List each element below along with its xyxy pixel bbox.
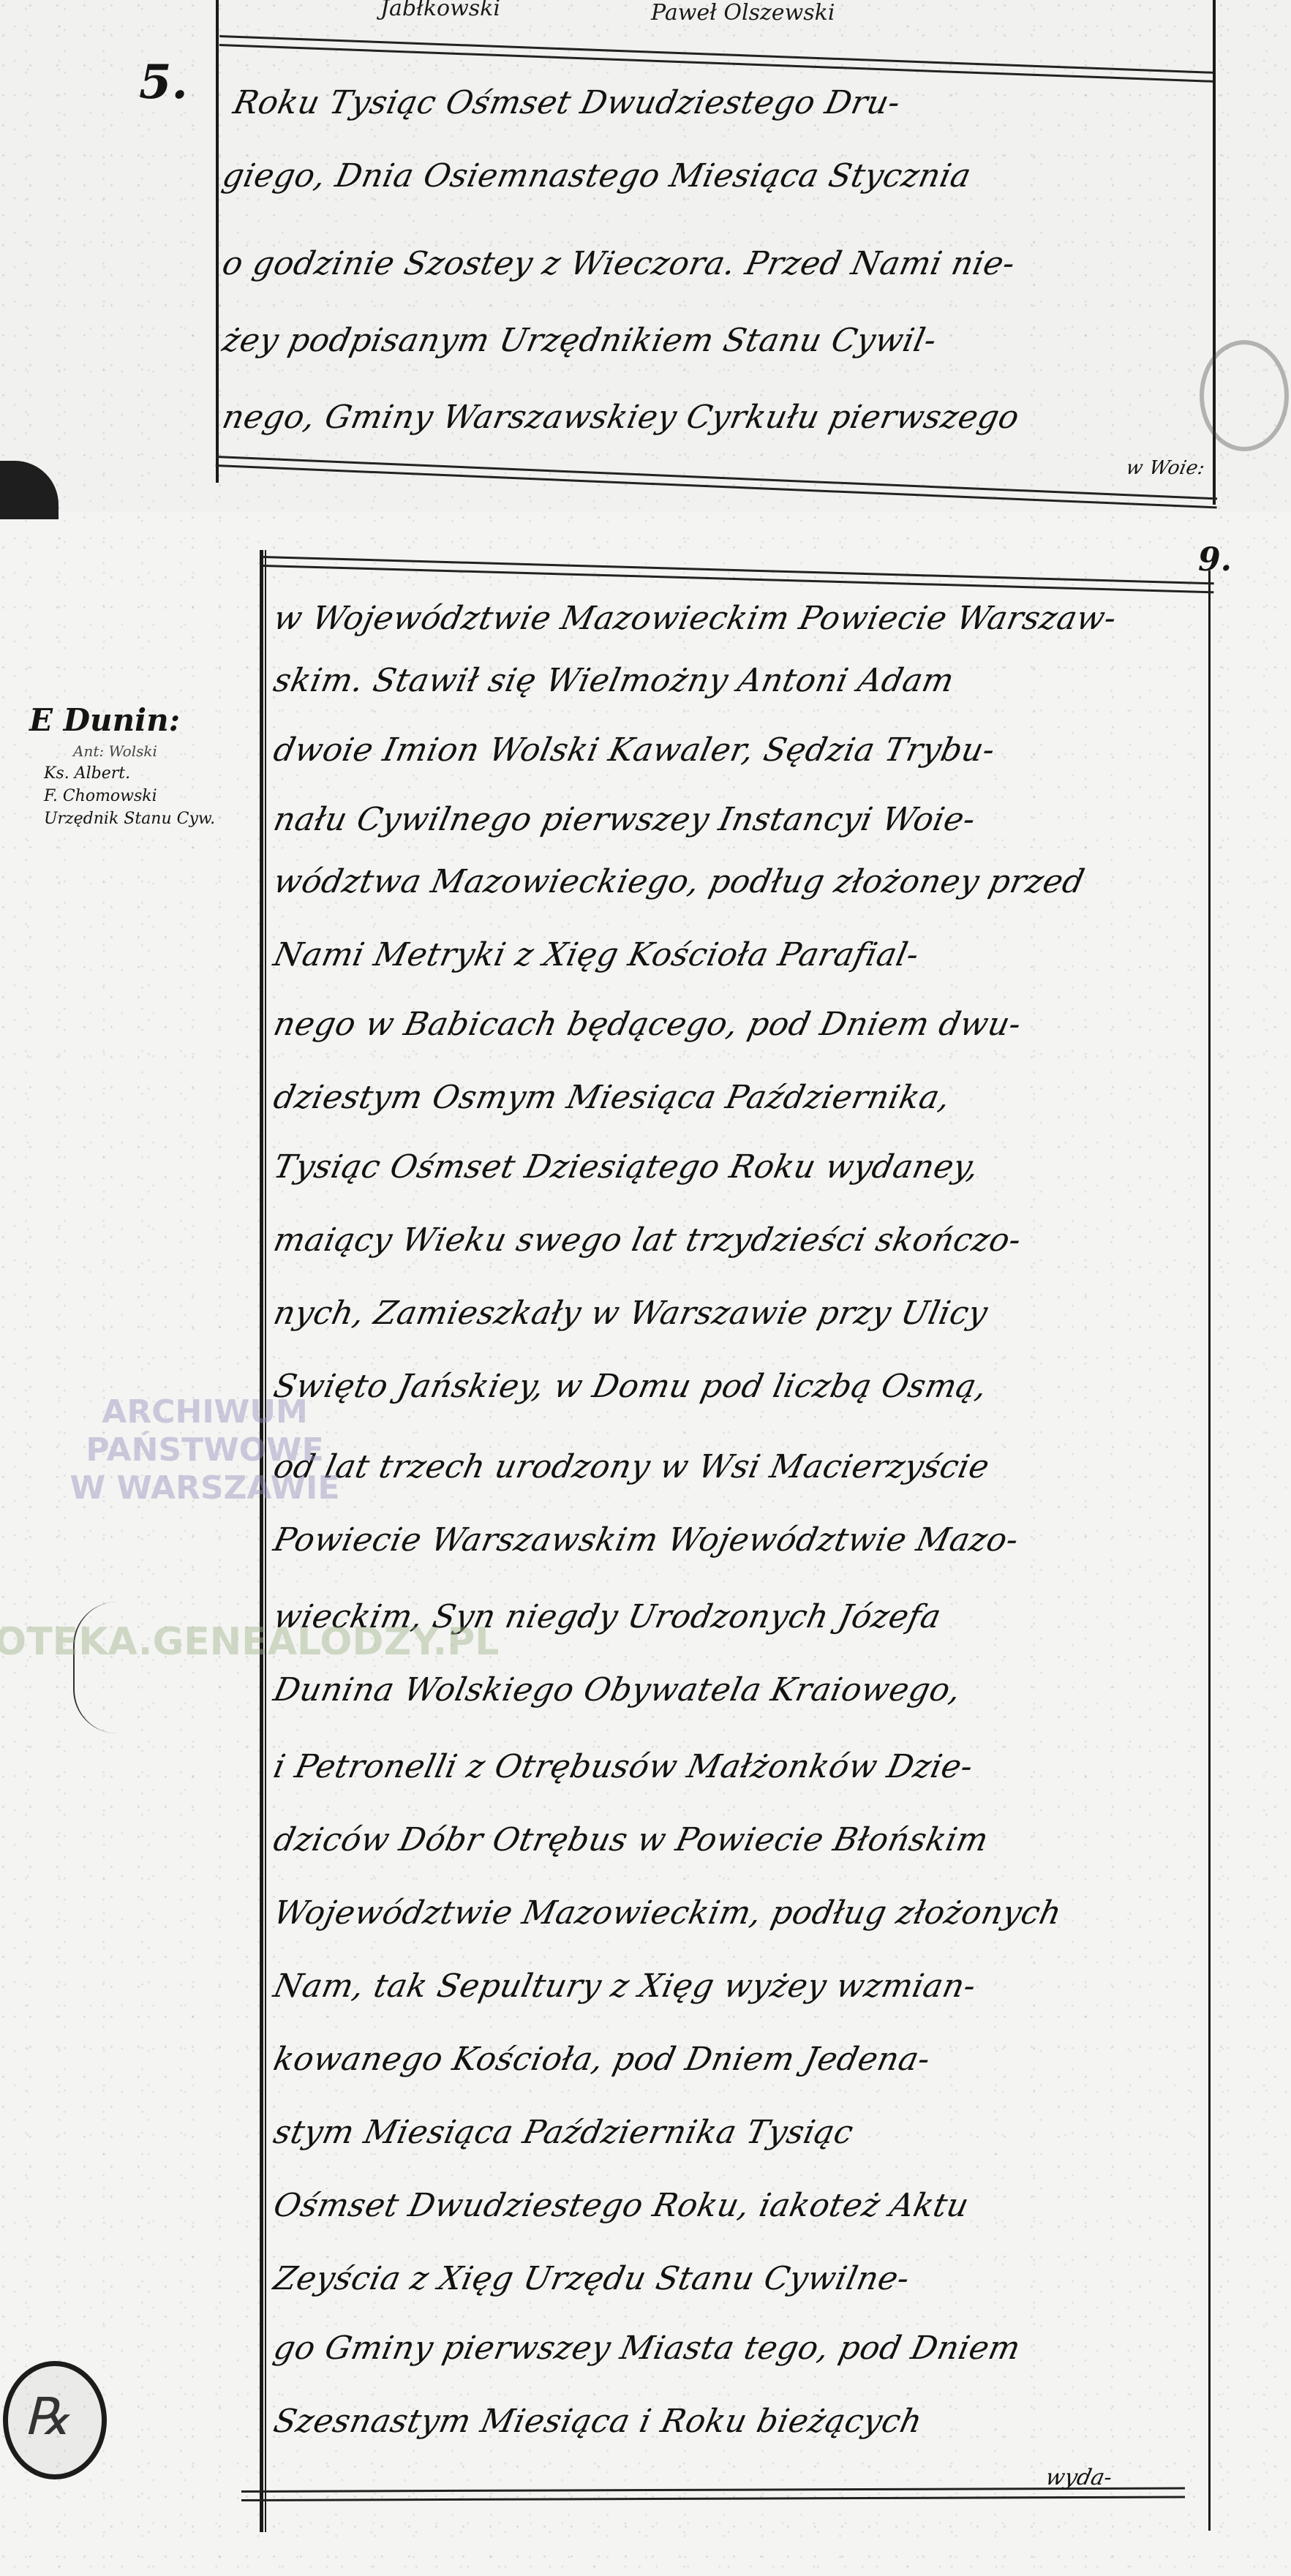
top-line-3: o godzinie Szostey z Wieczora. Przed Nam… [219, 245, 1019, 282]
seal-monogram-icon: ℞ [24, 2387, 70, 2447]
main-line-5: wództwa Mazowieckiego, podług złożoney p… [271, 863, 1088, 900]
main-line-22: stym Miesiąca Października Tysiąc [271, 2114, 857, 2151]
top-line-5: nego, Gminy Warszawskiey Cyrkułu pierwsz… [219, 399, 1023, 436]
main-line-4: nału Cywilnego pierwszey Instancyi Woie- [271, 801, 979, 838]
margin-annotation: E Dunin: Ant: Wolski Ks. Albert. F. Chom… [29, 702, 256, 828]
main-line-15: wieckim, Syn niegdy Urodzonych Józefa [271, 1598, 945, 1635]
main-line-14: Powiecie Warszawskim Województwie Mazo- [271, 1521, 1023, 1559]
main-line-11: nych, Zamieszkały w Warszawie przy Ulicy [271, 1295, 991, 1332]
official-seal-bottom: ℞ [3, 2361, 107, 2479]
page-number: 9. [1198, 541, 1232, 579]
main-line-10: maiący Wieku swego lat trzydzieści skońc… [271, 1221, 1025, 1259]
margin-official: F. Chomowski [44, 787, 256, 805]
official-seal-top [1200, 340, 1289, 451]
main-line-1: w Województwie Mazowieckim Powiecie Wars… [271, 600, 1121, 637]
margin-priest: Ks. Albert. [44, 764, 256, 783]
frame-left-top [216, 0, 219, 483]
margin-flourish [73, 1602, 148, 1733]
main-line-6: Nami Metryki z Xięg Kościoła Parafial- [271, 936, 923, 973]
main-line-12: Swięto Jańskiey, w Domu pod liczbą Osmą, [271, 1368, 991, 1405]
main-line-20: Nam, tak Sepultury z Xięg wyżey wzmian- [271, 1967, 979, 2005]
main-line-3: dwoie Imion Wolski Kawaler, Sędzia Trybu… [271, 731, 999, 769]
margin-given-name: Ant: Wolski [73, 742, 256, 760]
main-line-2: skim. Stawił się Wielmożny Antoni Adam [271, 662, 957, 699]
main-line-8: dziestym Osmym Miesiąca Października, [271, 1079, 954, 1116]
main-line-21: kowanego Kościoła, pod Dniem Jedena- [271, 2041, 934, 2078]
frame-left-bottom [260, 550, 263, 2532]
previous-signature-2: Paweł Olszewski [651, 0, 835, 26]
top-line-1: Roku Tysiąc Ośmset Dwudziestego Dru- [230, 84, 904, 121]
main-line-24: Zeyścia z Xięg Urzędu Stanu Cywilne- [271, 2260, 914, 2297]
margin-official-title: Urzędnik Stanu Cyw. [44, 810, 256, 828]
main-line-23: Ośmset Dwudziestego Roku, iakoteż Aktu [271, 2187, 973, 2224]
frame-left-inner [265, 550, 266, 2532]
entry-number: 5. [139, 55, 188, 110]
top-line-4: żey podpisanym Urzędnikiem Stanu Cywil- [219, 322, 940, 359]
main-line-16: Dunina Wolskiego Obywatela Kraiowego, [271, 1671, 965, 1709]
main-line-18: dziców Dóbr Otrębus w Powiecie Błońskim [271, 1821, 992, 1858]
main-line-13: od lat trzech urodzony w Wsi Macierzyści… [271, 1448, 993, 1485]
main-line-17: i Petronelli z Otrębusów Małżonków Dzie- [271, 1748, 976, 1785]
main-line-7: nego w Babicach będącego, pod Dniem dwu- [271, 1006, 1025, 1043]
top-line-2: giego, Dnia Osiemnastego Miesiąca Styczn… [219, 157, 975, 195]
catchword: wyda- [1043, 2465, 1114, 2490]
main-line-19: Województwie Mazowieckim, podług złożony… [271, 1894, 1065, 1932]
top-line-6: w Woie: [1124, 457, 1207, 479]
frame-right-bottom [1208, 570, 1211, 2531]
main-line-26: Szesnastym Miesiąca i Roku bieżących [271, 2403, 926, 2440]
previous-signature-1: Jabłkowski [380, 0, 500, 21]
main-line-9: Tysiąc Ośmset Dziesiątego Roku wydaney, [271, 1148, 982, 1186]
main-line-25: go Gminy pierwszey Miasta tego, pod Dnie… [271, 2330, 1024, 2367]
margin-surname: E Dunin: [29, 702, 256, 738]
